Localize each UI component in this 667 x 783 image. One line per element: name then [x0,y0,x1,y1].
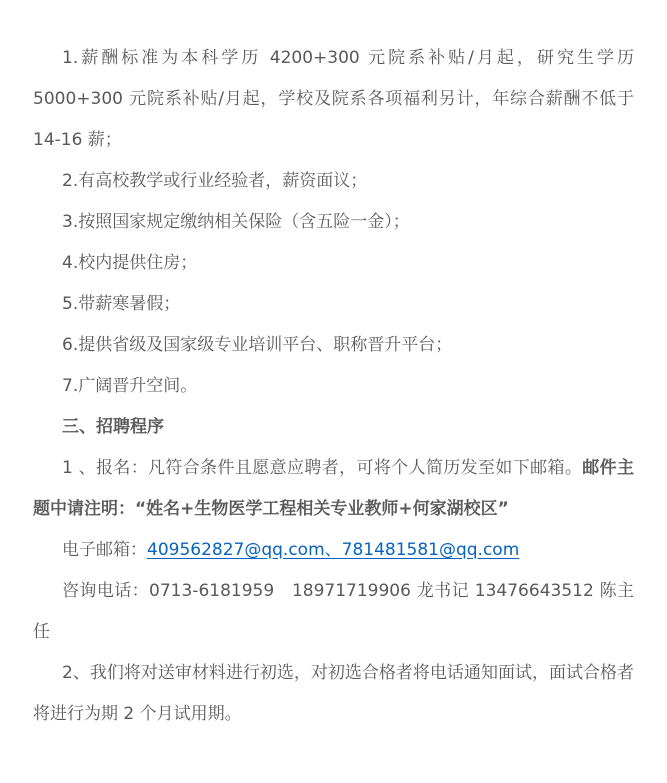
body-text: 电子邮箱： [62,540,147,560]
body-text: 2、我们将对送审材料进行初选，对初选合格者将电话通知面试，面试合格者将进行为期 … [33,663,634,724]
body-text: 2.有高校教学或行业经验者，薪资面议； [62,171,367,191]
salary-item-1: 1.薪酬标准为本科学历 4200+300 元院系补贴/月起，研究生学历 5000… [33,38,634,161]
procedure-step-2: 2、我们将对送审材料进行初选，对初选合格者将电话通知面试，面试合格者将进行为期 … [33,653,634,735]
email-line: 电子邮箱：409562827@qq.com、781481581@qq.com [33,530,634,571]
body-text: 5.带薪寒暑假； [62,294,180,314]
email-link[interactable]: 409562827@qq.com、781481581@qq.com [147,540,519,560]
salary-item-6: 6.提供省级及国家级专业培训平台、职称晋升平台； [33,325,634,366]
body-text: 1 、报名：凡符合条件且愿意应聘者，可将个人简历发至如下邮箱。 [62,458,582,478]
salary-item-5: 5.带薪寒暑假； [33,284,634,325]
body-text: 1.薪酬标准为本科学历 4200+300 元院系补贴/月起，研究生学历 5000… [33,48,639,150]
phone-line: 咨询电话：0713-6181959 18971719906 龙书记 134766… [33,571,634,653]
body-text: 3.按照国家规定缴纳相关保险（含五险一金）； [62,212,410,232]
salary-item-4: 4.校内提供住房； [33,243,634,284]
salary-item-3: 3.按照国家规定缴纳相关保险（含五险一金）； [33,202,634,243]
body-text: 7.广阔晋升空间。 [62,376,197,396]
procedure-step-1: 1 、报名：凡符合条件且愿意应聘者，可将个人简历发至如下邮箱。邮件主题中请注明：… [33,448,634,530]
salary-item-2: 2.有高校教学或行业经验者，薪资面议； [33,161,634,202]
document-content: 1.薪酬标准为本科学历 4200+300 元院系补贴/月起，研究生学历 5000… [33,38,634,735]
bold-text: 三、招聘程序 [62,417,164,437]
salary-item-7: 7.广阔晋升空间。 [33,366,634,407]
body-text: 4.校内提供住房； [62,253,197,273]
body-text: 咨询电话：0713-6181959 18971719906 龙书记 134766… [33,581,634,642]
section-heading-recruitment-procedure: 三、招聘程序 [33,407,634,448]
body-text: 6.提供省级及国家级专业培训平台、职称晋升平台； [62,335,452,355]
document-page: 1.薪酬标准为本科学历 4200+300 元院系补贴/月起，研究生学历 5000… [0,0,667,783]
